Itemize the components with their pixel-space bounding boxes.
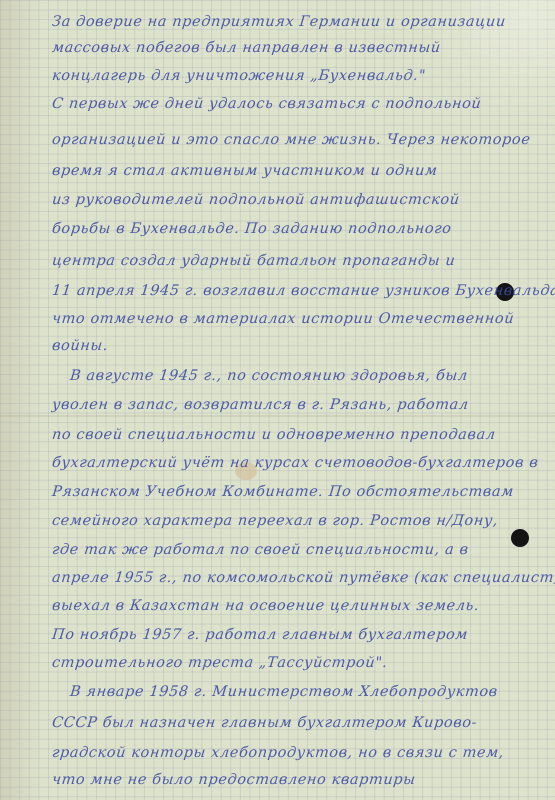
text-line: организацией и это спасло мне жизнь. Чер…: [51, 132, 531, 148]
text-line: С первых же дней удалось связаться с под…: [51, 96, 482, 112]
text-line: войны.: [51, 338, 109, 354]
text-line: семейного характера переехал в гор. Рост…: [51, 513, 499, 529]
text-line: Рязанском Учебном Комбинате. По обстояте…: [51, 484, 514, 500]
paper-edge-shading: [0, 0, 40, 800]
text-line: градской конторы хлебопродуктов, но в св…: [51, 745, 505, 761]
text-line: За доверие на предприятиях Германии и ор…: [51, 14, 506, 30]
text-line: что отмечено в материалах истории Отечес…: [51, 311, 515, 327]
text-line: выехал в Казахстан на освоение целинных …: [51, 598, 480, 614]
text-line: СССР был назначен главным бухгалтером Ки…: [51, 715, 478, 731]
text-line: время я стал активным участником и одним: [51, 163, 438, 179]
text-line: центра создал ударный батальон пропаганд…: [51, 253, 456, 269]
text-line: что мне не было предоставлено квартиры: [51, 772, 416, 788]
text-line: В январе 1958 г. Министерством Хлебопрод…: [69, 684, 498, 700]
text-line: 11 апреля 1945 г. возглавил восстание уз…: [51, 283, 555, 299]
text-line: апреле 1955 г., по комсомольской путёвке…: [51, 570, 555, 586]
text-line: концлагерь для уничтожения „Бухенвальд.": [51, 68, 426, 84]
text-line: по своей специальности и одновременно пр…: [51, 427, 496, 443]
text-line: В августе 1945 г., по состоянию здоровья…: [69, 368, 468, 384]
punch-hole-lower: [511, 529, 529, 547]
text-line: борьбы в Бухенвальде. По заданию подполь…: [51, 221, 452, 237]
text-line: уволен в запас, возвратился в г. Рязань,…: [51, 397, 469, 413]
text-line: где так же работал по своей специальност…: [51, 542, 469, 558]
text-line: По ноябрь 1957 г. работал главным бухгал…: [51, 627, 469, 643]
text-line: массовых побегов был направлен в известн…: [51, 40, 441, 56]
text-line: бухгалтерский учёт на курсах счетоводов-…: [51, 455, 539, 471]
text-line: строительного треста „Тассуйстрой".: [51, 655, 388, 671]
paper-fold-line: [0, 415, 555, 417]
text-line: из руководителей подпольной антифашистск…: [51, 192, 460, 208]
